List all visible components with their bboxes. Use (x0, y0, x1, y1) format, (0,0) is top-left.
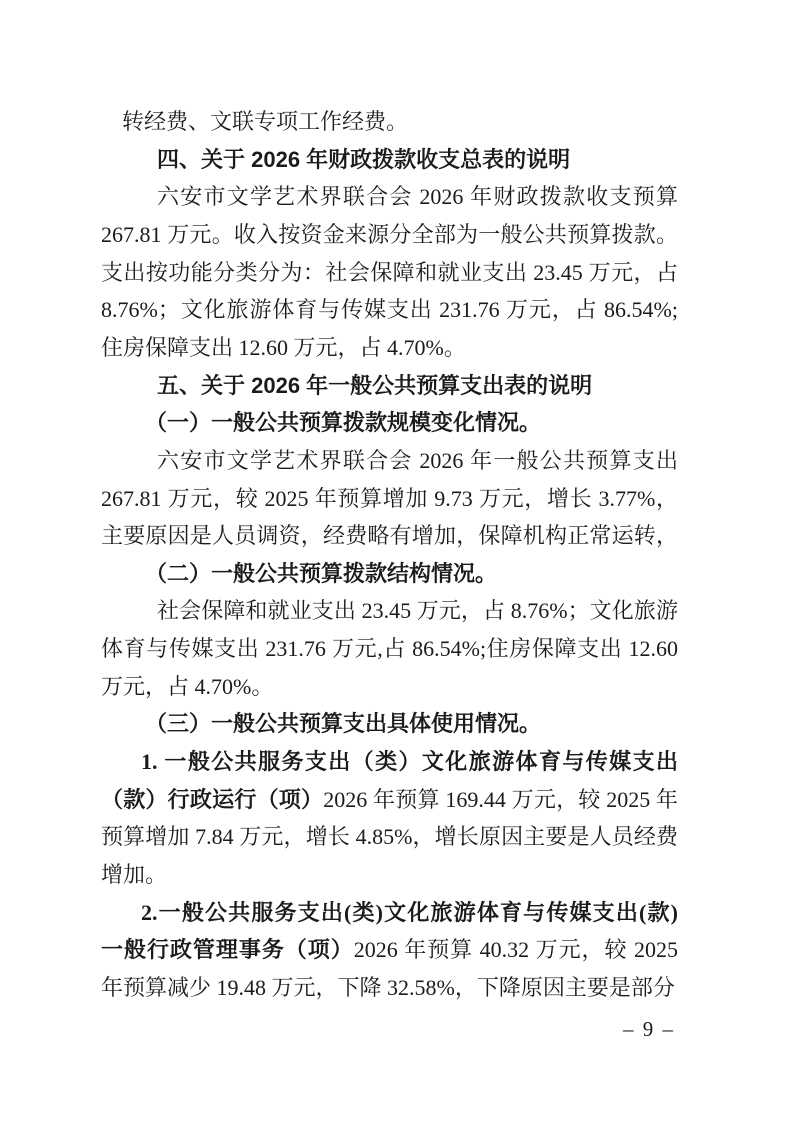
text-segment: （一）一般公共预算拨款规模变化情况。 (145, 410, 541, 435)
text-segment: 体育与传媒支出 231.76 万元,占 86.54%;住房保障支出 12.60 (101, 636, 678, 661)
text-line: 年预算减少 19.48 万元，下降 32.58%，下降原因主要是部分 (101, 973, 678, 1004)
text-line: 四、关于 2026 年财政拨款收支总表的说明 (101, 145, 678, 176)
text-segment: 转经费、文联专项工作经费。 (122, 109, 408, 134)
text-segment: 社会保障和就业支出 23.45 万元，占 8.76%；文化旅游 (157, 598, 678, 623)
text-segment: 住房保障支出 12.60 万元，占 4.70%。 (101, 335, 466, 360)
text-segment: 四、关于 2026 年财政拨款收支总表的说明 (157, 147, 570, 172)
text-line: 万元，占 4.70%。 (101, 672, 678, 703)
text-segment: 主要原因是人员调资，经费略有增加，保障机构正常运转， (101, 523, 678, 548)
text-segment: 支出按功能分类分为：社会保障和就业支出 23.45 万元，占 (101, 260, 678, 285)
text-line: 社会保障和就业支出 23.45 万元，占 8.76%；文化旅游 (101, 596, 678, 627)
text-segment: 年预算减少 19.48 万元，下降 32.58%，下降原因主要是部分 (101, 975, 675, 1000)
text-line: 267.81 万元。收入按资金来源分全部为一般公共预算拨款。 (101, 220, 678, 251)
text-line: 住房保障支出 12.60 万元，占 4.70%。 (101, 333, 678, 364)
text-line: 一般行政管理事务（项）2026 年预算 40.32 万元，较 2025 (101, 935, 678, 966)
text-segment: 1. 一般公共服务支出（类）文化旅游体育与传媒支出 (141, 749, 678, 774)
text-line: 六安市文学艺术界联合会 2026 年财政拨款收支预算 (101, 182, 678, 213)
text-segment: （款）行政运行（项） (101, 787, 323, 812)
text-line: 8.76%；文化旅游体育与传媒支出 231.76 万元，占 86.54%; (101, 295, 678, 326)
text-line: 预算增加 7.84 万元，增长 4.85%，增长原因主要是人员经费 (101, 822, 678, 853)
text-segment: 万元，占 4.70%。 (101, 674, 273, 699)
text-segment: 267.81 万元，较 2025 年预算增加 9.73 万元，增长 3.77%， (101, 486, 678, 511)
text-line: 267.81 万元，较 2025 年预算增加 9.73 万元，增长 3.77%， (101, 484, 678, 515)
text-line: 主要原因是人员调资，经费略有增加，保障机构正常运转， (101, 521, 678, 552)
text-segment: 267.81 万元。收入按资金来源分全部为一般公共预算拨款。 (101, 222, 678, 247)
document-page: 转经费、文联专项工作经费。四、关于 2026 年财政拨款收支总表的说明六安市文学… (0, 0, 793, 1122)
text-segment: 增加。 (101, 862, 167, 887)
text-segment: 2.一般公共服务支出(类)文化旅游体育与传媒支出(款) (141, 900, 678, 925)
text-segment: 2026 年预算 40.32 万元，较 2025 (354, 937, 678, 962)
text-line: 六安市文学艺术界联合会 2026 年一般公共预算支出 (101, 446, 678, 477)
text-line: （一）一般公共预算拨款规模变化情况。 (101, 408, 678, 439)
text-line: （二）一般公共预算拨款结构情况。 (101, 559, 678, 590)
text-segment: 8.76%；文化旅游体育与传媒支出 231.76 万元，占 86.54%; (101, 297, 678, 322)
text-segment: （三）一般公共预算支出具体使用情况。 (145, 711, 541, 736)
text-line: 五、关于 2026 年一般公共预算支出表的说明 (101, 371, 678, 402)
text-line: 体育与传媒支出 231.76 万元,占 86.54%;住房保障支出 12.60 (101, 634, 678, 665)
text-segment: 预算增加 7.84 万元，增长 4.85%，增长原因主要是人员经费 (101, 824, 678, 849)
text-line: 支出按功能分类分为：社会保障和就业支出 23.45 万元，占 (101, 258, 678, 289)
text-segment: 2026 年预算 169.44 万元，较 2025 年 (323, 787, 678, 812)
text-line: 增加。 (101, 860, 678, 891)
text-segment: 六安市文学艺术界联合会 2026 年财政拨款收支预算 (157, 184, 678, 209)
text-segment: 六安市文学艺术界联合会 2026 年一般公共预算支出 (157, 448, 678, 473)
text-segment: 一般行政管理事务（项） (101, 937, 354, 962)
text-line: 转经费、文联专项工作经费。 (101, 107, 678, 138)
text-segment: 五、关于 2026 年一般公共预算支出表的说明 (157, 373, 592, 398)
text-line: （三）一般公共预算支出具体使用情况。 (101, 709, 678, 740)
text-line: 2.一般公共服务支出(类)文化旅游体育与传媒支出(款) (101, 898, 678, 929)
text-line: （款）行政运行（项）2026 年预算 169.44 万元，较 2025 年 (101, 785, 678, 816)
text-line: 1. 一般公共服务支出（类）文化旅游体育与传媒支出 (101, 747, 678, 778)
text-segment: （二）一般公共预算拨款结构情况。 (145, 561, 497, 586)
page-number: – 9 – (623, 1016, 675, 1042)
